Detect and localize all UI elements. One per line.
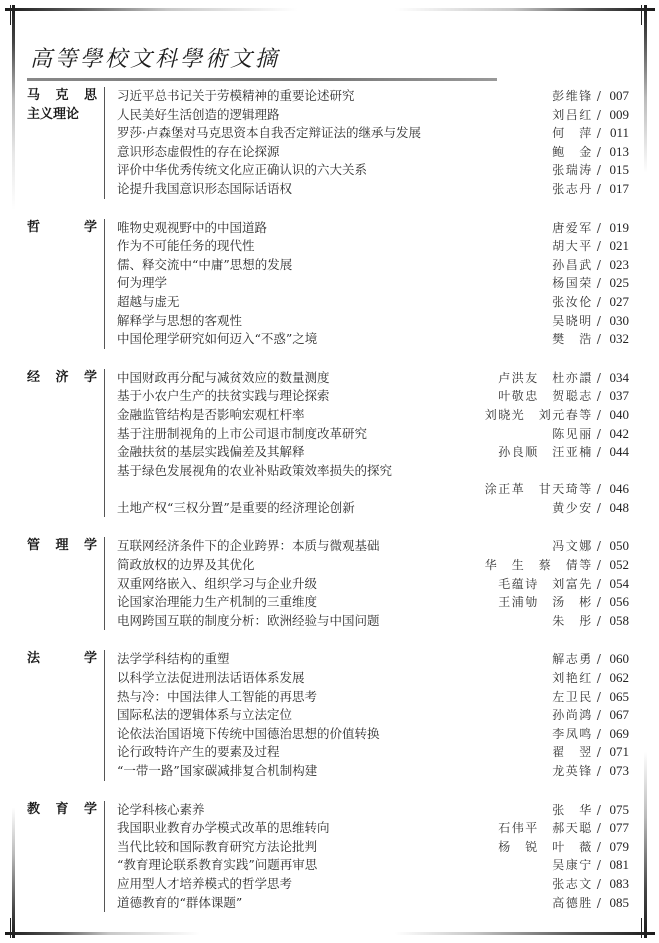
- article-authors: 张瑞涛: [552, 161, 593, 180]
- article-title[interactable]: 超越与虚无: [117, 293, 552, 312]
- page-separator: /: [597, 593, 601, 612]
- article-authors: 解志勇: [552, 650, 593, 669]
- article-authors: 毛蕴诗 刘富先: [498, 575, 593, 594]
- section-label-char: 克: [55, 87, 68, 106]
- toc-entry[interactable]: 解释学与思想的客观性吴晓明/030: [117, 312, 629, 331]
- page-number: 062: [605, 669, 629, 688]
- article-authors: 吴晓明: [552, 312, 593, 331]
- toc-entry[interactable]: “一带一路”国家碳减排复合机制构建龙英锋/073: [117, 762, 629, 781]
- section-label: 法学: [0, 650, 104, 780]
- toc-entry[interactable]: 简政放权的边界及其优化华 生 蔡 倩等/052: [117, 556, 629, 575]
- toc-entry[interactable]: 以科学立法促进刑法话语体系发展刘艳红/062: [117, 669, 629, 688]
- toc-entry[interactable]: 意识形态虚假性的存在论探源鲍 金/013: [117, 143, 629, 162]
- article-authors: 杨国荣: [552, 274, 593, 293]
- article-authors: 张志丹: [552, 180, 593, 199]
- page-number: 077: [605, 819, 629, 838]
- section-label-line: 马克思: [27, 87, 97, 106]
- toc-entry[interactable]: 中国财政再分配与减贫效应的数量测度卢洪友 杜亦譞/034: [117, 369, 629, 388]
- article-title[interactable]: 热与冷：中国法律人工智能的再思考: [117, 688, 552, 707]
- article-authors: 孙尚鸿: [552, 706, 593, 725]
- article-authors: 刘吕红: [552, 106, 593, 125]
- toc-section: 教育学论学科核心素养张 华/075我国职业教育办学模式改革的思维转向石伟平 郝天…: [0, 801, 659, 913]
- toc-entry[interactable]: 儒、释交流中“中庸”思想的发展孙昌武/023: [117, 256, 629, 275]
- page-number: 044: [605, 443, 629, 462]
- article-title[interactable]: 当代比较和国际教育研究方法论批判: [117, 838, 498, 857]
- toc-section: 经济学中国财政再分配与减贫效应的数量测度卢洪友 杜亦譞/034基于小农户生产的扶…: [0, 369, 659, 518]
- page-separator: /: [597, 499, 601, 518]
- section-divider: [104, 219, 105, 349]
- section-divider: [104, 801, 105, 913]
- page-number: 034: [605, 369, 629, 388]
- article-authors: 唐爱军: [552, 219, 593, 238]
- section-label: 经济学: [0, 369, 104, 518]
- article-authors: 张志文: [552, 875, 593, 894]
- page-separator: /: [597, 369, 601, 388]
- article-title[interactable]: 基于小农户生产的扶贫实践与理论探索: [117, 387, 498, 406]
- page-number: 075: [605, 801, 629, 820]
- section-divider: [104, 369, 105, 518]
- article-authors: 张汝伦: [552, 293, 593, 312]
- section-divider: [104, 87, 105, 199]
- table-of-contents: 马克思主义理论习近平总书记关于劳模精神的重要论述研究彭维锋/007人民美好生活创…: [0, 87, 659, 932]
- page-number: 021: [605, 237, 629, 256]
- article-title[interactable]: 论行政特许产生的要素及过程: [117, 743, 552, 762]
- toc-entry[interactable]: 涂正革 甘天琦等/046: [117, 480, 629, 499]
- section-label-line: 经济学: [27, 369, 97, 388]
- page-separator: /: [597, 106, 601, 125]
- page-number: 083: [605, 875, 629, 894]
- article-authors: 吴康宁: [552, 856, 593, 875]
- section-divider: [104, 537, 105, 630]
- page-separator: /: [597, 256, 601, 275]
- page-separator: /: [597, 575, 601, 594]
- page-number: 048: [605, 499, 629, 518]
- section-label-char: 学: [84, 219, 97, 238]
- page-separator: /: [597, 124, 601, 143]
- article-authors: 左卫民: [552, 688, 593, 707]
- article-authors: 孙良顺 汪亚楠: [498, 443, 593, 462]
- page-separator: /: [597, 894, 601, 913]
- section-label-char: 经: [27, 369, 40, 388]
- section-entries: 互联网经济条件下的企业跨界：本质与微观基础冯文娜/050简政放权的边界及其优化华…: [117, 537, 659, 630]
- article-title[interactable]: 儒、释交流中“中庸”思想的发展: [117, 256, 552, 275]
- article-title[interactable]: 习近平总书记关于劳模精神的重要论述研究: [117, 87, 552, 106]
- article-authors: 樊 浩: [552, 330, 593, 349]
- article-authors: 彭维锋: [552, 87, 593, 106]
- section-label-char: 哲: [27, 219, 40, 238]
- toc-entry[interactable]: 我国职业教育办学模式改革的思维转向石伟平 郝天聪/077: [117, 819, 629, 838]
- masthead-rule: [27, 78, 497, 81]
- frame-top-border: [5, 8, 655, 11]
- article-authors: 杨 锐 叶 薇: [498, 838, 593, 857]
- page-separator: /: [597, 650, 601, 669]
- section-label: 哲学: [0, 219, 104, 349]
- page-separator: /: [597, 312, 601, 331]
- section-label-char: 管: [27, 537, 40, 556]
- section-label-char: 学: [84, 801, 97, 820]
- article-title[interactable]: 基于绿色发展视角的农业补贴政策效率损失的探究: [117, 462, 629, 481]
- page-separator: /: [597, 875, 601, 894]
- section-entries: 中国财政再分配与减贫效应的数量测度卢洪友 杜亦譞/034基于小农户生产的扶贫实践…: [117, 369, 659, 518]
- toc-entry[interactable]: “教育理论联系教育实践”问题再审思吴康宁/081: [117, 856, 629, 875]
- page-separator: /: [597, 801, 601, 820]
- page-separator: /: [597, 274, 601, 293]
- toc-entry[interactable]: 超越与虚无张汝伦/027: [117, 293, 629, 312]
- page-number: 023: [605, 256, 629, 275]
- page-number: 056: [605, 593, 629, 612]
- article-title[interactable]: 罗莎·卢森堡对马克思资本自我否定辩证法的继承与发展: [117, 124, 552, 143]
- section-label-line: 教育学: [27, 801, 97, 820]
- page-number: 009: [605, 106, 629, 125]
- article-authors: 黄少安: [552, 499, 593, 518]
- toc-section: 哲学唯物史观视野中的中国道路唐爱军/019作为不可能任务的现代性胡大平/021儒…: [0, 219, 659, 349]
- article-title[interactable]: 中国伦理学研究如何迈入“不惑”之境: [117, 330, 552, 349]
- toc-entry[interactable]: 金融扶贫的基层实践偏差及其解释孙良顺 汪亚楠/044: [117, 443, 629, 462]
- toc-entry[interactable]: 唯物史观视野中的中国道路唐爱军/019: [117, 219, 629, 238]
- page-separator: /: [597, 706, 601, 725]
- page-separator: /: [597, 669, 601, 688]
- section-label-char: 马: [27, 87, 40, 106]
- article-title[interactable]: 论国家治理能力生产机制的三重维度: [117, 593, 498, 612]
- page-separator: /: [597, 330, 601, 349]
- section-label-char: 济: [55, 369, 68, 388]
- article-title[interactable]: 意识形态虚假性的存在论探源: [117, 143, 552, 162]
- page-number: 040: [605, 406, 629, 425]
- article-title[interactable]: 互联网经济条件下的企业跨界：本质与微观基础: [117, 537, 552, 556]
- page-number: 067: [605, 706, 629, 725]
- page-number: 050: [605, 537, 629, 556]
- page-number: 032: [605, 330, 629, 349]
- toc-entry[interactable]: 双重网络嵌入、组织学习与企业升级毛蕴诗 刘富先/054: [117, 575, 629, 594]
- article-authors: 高德胜: [552, 894, 593, 913]
- page-number: 025: [605, 274, 629, 293]
- article-authors: 冯文娜: [552, 537, 593, 556]
- page-number: 046: [605, 480, 629, 499]
- toc-entry[interactable]: 人民美好生活创造的逻辑理路刘吕红/009: [117, 106, 629, 125]
- toc-entry[interactable]: 论学科核心素养张 华/075: [117, 801, 629, 820]
- page-number: 081: [605, 856, 629, 875]
- page-separator: /: [597, 161, 601, 180]
- article-title[interactable]: 中国财政再分配与减贫效应的数量测度: [117, 369, 498, 388]
- toc-entry[interactable]: 应用型人才培养模式的哲学思考张志文/083: [117, 875, 629, 894]
- page-separator: /: [597, 743, 601, 762]
- toc-entry[interactable]: 国际私法的逻辑体系与立法定位孙尚鸿/067: [117, 706, 629, 725]
- toc-entry[interactable]: 何为理学杨国荣/025: [117, 274, 629, 293]
- page-separator: /: [597, 688, 601, 707]
- section-entries: 论学科核心素养张 华/075我国职业教育办学模式改革的思维转向石伟平 郝天聪/0…: [117, 801, 659, 913]
- section-label-char: 育: [55, 801, 68, 820]
- section-label-line: 主义理论: [27, 106, 97, 125]
- toc-entry[interactable]: 金融监管结构是否影响宏观杠杆率刘晓光 刘元春等/040: [117, 406, 629, 425]
- toc-entry[interactable]: 热与冷：中国法律人工智能的再思考左卫民/065: [117, 688, 629, 707]
- page-number: 042: [605, 425, 629, 444]
- article-title[interactable]: 简政放权的边界及其优化: [117, 556, 485, 575]
- page-number: 065: [605, 688, 629, 707]
- article-title[interactable]: 法学学科结构的重塑: [117, 650, 552, 669]
- page-number: 011: [605, 124, 629, 143]
- section-label-char: 学: [84, 537, 97, 556]
- article-title[interactable]: 唯物史观视野中的中国道路: [117, 219, 552, 238]
- page-number: 030: [605, 312, 629, 331]
- frame-corner-mark: [641, 5, 642, 25]
- page-number: 058: [605, 612, 629, 631]
- article-title[interactable]: 国际私法的逻辑体系与立法定位: [117, 706, 552, 725]
- toc-entry[interactable]: 基于小农户生产的扶贫实践与理论探索叶敬忠 贺聪志/037: [117, 387, 629, 406]
- article-authors: 陈见丽: [552, 425, 593, 444]
- page-number: 037: [605, 387, 629, 406]
- article-title[interactable]: 以科学立法促进刑法话语体系发展: [117, 669, 552, 688]
- article-authors: 翟 翌: [552, 743, 593, 762]
- article-authors: 龙英锋: [552, 762, 593, 781]
- article-title[interactable]: 应用型人才培养模式的哲学思考: [117, 875, 552, 894]
- page-number: 015: [605, 161, 629, 180]
- page-separator: /: [597, 293, 601, 312]
- toc-entry[interactable]: 当代比较和国际教育研究方法论批判杨 锐 叶 薇/079: [117, 838, 629, 857]
- article-title[interactable]: 道德教育的“群体课题”: [117, 894, 552, 913]
- page-separator: /: [597, 237, 601, 256]
- page-separator: /: [597, 612, 601, 631]
- article-title[interactable]: 解释学与思想的客观性: [117, 312, 552, 331]
- section-divider: [104, 650, 105, 780]
- section-label-char: 学: [84, 650, 97, 669]
- toc-entry[interactable]: 道德教育的“群体课题”高德胜/085: [117, 894, 629, 913]
- section-label-char: 法: [27, 650, 40, 669]
- article-authors: 张 华: [552, 801, 593, 820]
- section-label-char: 教: [27, 801, 40, 820]
- page-separator: /: [597, 87, 601, 106]
- toc-entry[interactable]: 互联网经济条件下的企业跨界：本质与微观基础冯文娜/050: [117, 537, 629, 556]
- toc-section: 法学法学学科结构的重塑解志勇/060以科学立法促进刑法话语体系发展刘艳红/062…: [0, 650, 659, 780]
- toc-entry[interactable]: 习近平总书记关于劳模精神的重要论述研究彭维锋/007: [117, 87, 629, 106]
- article-authors: 鲍 金: [552, 143, 593, 162]
- journal-masthead: 高等學校文科學術文摘: [30, 42, 280, 73]
- page-separator: /: [597, 537, 601, 556]
- toc-entry[interactable]: 土地产权“三权分置”是重要的经济理论创新黄少安/048: [117, 499, 629, 518]
- page-number: 017: [605, 180, 629, 199]
- toc-section: 管理学互联网经济条件下的企业跨界：本质与微观基础冯文娜/050简政放权的边界及其…: [0, 537, 659, 630]
- toc-entry[interactable]: 法学学科结构的重塑解志勇/060: [117, 650, 629, 669]
- article-title[interactable]: 论学科核心素养: [117, 801, 552, 820]
- section-entries: 唯物史观视野中的中国道路唐爱军/019作为不可能任务的现代性胡大平/021儒、释…: [117, 219, 659, 349]
- section-label-char: 理: [55, 537, 68, 556]
- page-number: 007: [605, 87, 629, 106]
- section-entries: 法学学科结构的重塑解志勇/060以科学立法促进刑法话语体系发展刘艳红/062热与…: [117, 650, 659, 780]
- section-label: 管理学: [0, 537, 104, 630]
- article-title[interactable]: 基于注册制视角的上市公司退市制度改革研究: [117, 425, 552, 444]
- page-number: 060: [605, 650, 629, 669]
- section-label-line: 哲学: [27, 219, 97, 238]
- toc-entry[interactable]: 评价中华优秀传统文化应正确认识的六大关系张瑞涛/015: [117, 161, 629, 180]
- page-number: 085: [605, 894, 629, 913]
- article-title[interactable]: 金融监管结构是否影响宏观杠杆率: [117, 406, 485, 425]
- toc-entry[interactable]: 论提升我国意识形态国际话语权张志丹/017: [117, 180, 629, 199]
- toc-entry[interactable]: 基于注册制视角的上市公司退市制度改革研究陈见丽/042: [117, 425, 629, 444]
- page-separator: /: [597, 143, 601, 162]
- toc-section: 马克思主义理论习近平总书记关于劳模精神的重要论述研究彭维锋/007人民美好生活创…: [0, 87, 659, 199]
- section-label-char: 主义理论: [27, 106, 79, 125]
- article-authors: 何 萍: [552, 124, 593, 143]
- page-number: 071: [605, 743, 629, 762]
- section-label-line: 法学: [27, 650, 97, 669]
- page-separator: /: [597, 725, 601, 744]
- article-title[interactable]: 电网跨国互联的制度分析：欧洲经验与中国问题: [117, 612, 552, 631]
- page-separator: /: [597, 856, 601, 875]
- section-label: 马克思主义理论: [0, 87, 104, 199]
- page-separator: /: [597, 406, 601, 425]
- article-title[interactable]: “教育理论联系教育实践”问题再审思: [117, 856, 552, 875]
- page-separator: /: [597, 387, 601, 406]
- article-authors: 胡大平: [552, 237, 593, 256]
- article-authors: 王浦劬 汤 彬: [498, 593, 593, 612]
- article-authors: 朱 彤: [552, 612, 593, 631]
- page-separator: /: [597, 556, 601, 575]
- article-title[interactable]: 作为不可能任务的现代性: [117, 237, 552, 256]
- toc-entry[interactable]: 论行政特许产生的要素及过程翟 翌/071: [117, 743, 629, 762]
- page-number: 069: [605, 725, 629, 744]
- toc-entry[interactable]: 中国伦理学研究如何迈入“不惑”之境樊 浩/032: [117, 330, 629, 349]
- page-number: 027: [605, 293, 629, 312]
- toc-entry[interactable]: 论国家治理能力生产机制的三重维度王浦劬 汤 彬/056: [117, 593, 629, 612]
- article-title[interactable]: 论依法治国语境下传统中国德治思想的价值转换: [117, 725, 552, 744]
- article-title[interactable]: 评价中华优秀传统文化应正确认识的六大关系: [117, 161, 552, 180]
- article-title[interactable]: 双重网络嵌入、组织学习与企业升级: [117, 575, 498, 594]
- section-label-char: 学: [84, 369, 97, 388]
- page-number: 013: [605, 143, 629, 162]
- article-title[interactable]: 我国职业教育办学模式改革的思维转向: [117, 819, 498, 838]
- frame-bottom-border: [5, 932, 655, 935]
- toc-entry[interactable]: 电网跨国互联的制度分析：欧洲经验与中国问题朱 彤/058: [117, 612, 629, 631]
- page-number: 079: [605, 838, 629, 857]
- toc-entry[interactable]: 作为不可能任务的现代性胡大平/021: [117, 237, 629, 256]
- article-authors: 石伟平 郝天聪: [498, 819, 593, 838]
- article-title[interactable]: 土地产权“三权分置”是重要的经济理论创新: [117, 499, 552, 518]
- page-separator: /: [597, 762, 601, 781]
- article-title[interactable]: 何为理学: [117, 274, 552, 293]
- article-title[interactable]: 论提升我国意识形态国际话语权: [117, 180, 552, 199]
- page-number: 073: [605, 762, 629, 781]
- article-authors: 卢洪友 杜亦譞: [498, 369, 593, 388]
- article-authors: 刘晓光 刘元春等: [485, 406, 593, 425]
- page-separator: /: [597, 443, 601, 462]
- article-title[interactable]: “一带一路”国家碳减排复合机制构建: [117, 762, 552, 781]
- page-number: 054: [605, 575, 629, 594]
- page-number: 019: [605, 219, 629, 238]
- toc-entry[interactable]: 罗莎·卢森堡对马克思资本自我否定辩证法的继承与发展何 萍/011: [117, 124, 629, 143]
- toc-entry[interactable]: 论依法治国语境下传统中国德治思想的价值转换李凤鸣/069: [117, 725, 629, 744]
- page-number: 052: [605, 556, 629, 575]
- page-separator: /: [597, 819, 601, 838]
- frame-corner-mark: [10, 5, 11, 25]
- page-separator: /: [597, 180, 601, 199]
- section-label-char: 思: [84, 87, 97, 106]
- section-label-line: 管理学: [27, 537, 97, 556]
- article-authors: 刘艳红: [552, 669, 593, 688]
- article-authors: 涂正革 甘天琦等: [485, 480, 593, 499]
- page-separator: /: [597, 480, 601, 499]
- page-separator: /: [597, 425, 601, 444]
- article-authors: 孙昌武: [552, 256, 593, 275]
- toc-entry[interactable]: 基于绿色发展视角的农业补贴政策效率损失的探究: [117, 462, 629, 481]
- section-entries: 习近平总书记关于劳模精神的重要论述研究彭维锋/007人民美好生活创造的逻辑理路刘…: [117, 87, 659, 199]
- article-authors: 叶敬忠 贺聪志: [498, 387, 593, 406]
- article-title[interactable]: 金融扶贫的基层实践偏差及其解释: [117, 443, 498, 462]
- article-authors: 华 生 蔡 倩等: [485, 556, 593, 575]
- article-authors: 李凤鸣: [552, 725, 593, 744]
- section-label: 教育学: [0, 801, 104, 913]
- article-title[interactable]: 人民美好生活创造的逻辑理路: [117, 106, 552, 125]
- page-separator: /: [597, 838, 601, 857]
- page-separator: /: [597, 219, 601, 238]
